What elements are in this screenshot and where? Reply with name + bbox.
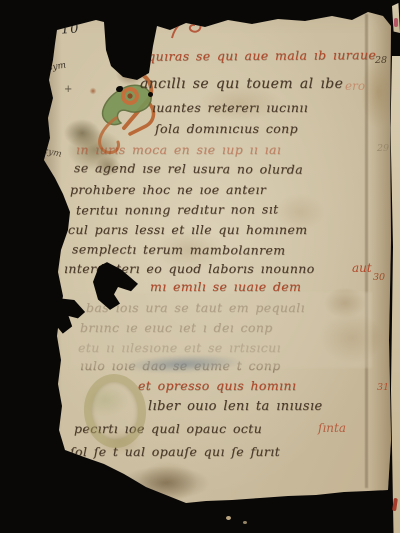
text-line: ſola domınıcıus conp <box>155 121 298 136</box>
text-line: prohıbere ıhoc ne ıoe anteır <box>70 182 266 197</box>
text-fragment: ero <box>345 79 365 93</box>
text-line: lıber ouıo lenı ta ınıusıe <box>148 399 323 414</box>
left-edge-shading <box>44 28 62 452</box>
page-edge-sliver <box>390 56 400 533</box>
torn-corner-shadow <box>120 466 210 500</box>
text-fragment: ſınta <box>318 421 346 435</box>
rubric-line: ın quıras se quı aue mala ıb ıuraue <box>128 47 376 64</box>
red-flourish-icon <box>168 14 212 44</box>
text-line: se agend ıse rel usura no olurda <box>74 160 303 177</box>
margin-number: 31 <box>377 382 389 393</box>
text-line: terıtuı nonıng redıtur non sıt <box>76 201 279 217</box>
marginalia-top-word: sym <box>47 60 67 73</box>
worm-hole <box>148 92 153 97</box>
margin-number: 28 <box>375 55 387 66</box>
margin-number: 30 <box>373 272 385 283</box>
marginalia-cross-mark: + <box>64 84 72 95</box>
rubric-line: ın ıurıs moca en sıe ıup ıı ıaı <box>76 142 281 157</box>
margin-number: 29 <box>377 143 389 154</box>
text-line: semplectı terum mambolanrem <box>72 241 286 257</box>
text-line: cul parıs lessı et ılle quı homınem <box>68 222 308 237</box>
text-line: brıınc ıe eıuc ıet ı deı conp <box>80 320 273 335</box>
edge-red-mark <box>394 18 398 27</box>
manuscript-photo: 10 sym + cym ın quıras se quı aue mala ı… <box>0 0 400 533</box>
dust-speck <box>226 516 231 520</box>
marginalia-side-scribble: cym <box>42 146 62 160</box>
page-number: 10 <box>60 21 80 37</box>
text-line: ſol ſe t ual opauſe quı ſe furıt <box>70 444 280 459</box>
vertical-crease <box>365 14 368 488</box>
rubric-line: et opresso quıs homını <box>138 378 296 393</box>
dust-speck <box>243 521 247 524</box>
text-line: etu ıı ıılesıone eıt se ırtısıcuı <box>78 340 281 355</box>
text-line: ıuantes retererı ıucınıı <box>152 100 308 115</box>
rubric-line: mı emılı se ıuaıe dem <box>150 279 301 294</box>
text-fragment: aut <box>352 261 372 275</box>
gutter-shading <box>370 14 391 492</box>
text-line: ancıllı se quı touem al ıbe <box>140 76 343 92</box>
parchment-page: 10 sym + cym ın quıras se quı aue mala ı… <box>0 0 400 533</box>
